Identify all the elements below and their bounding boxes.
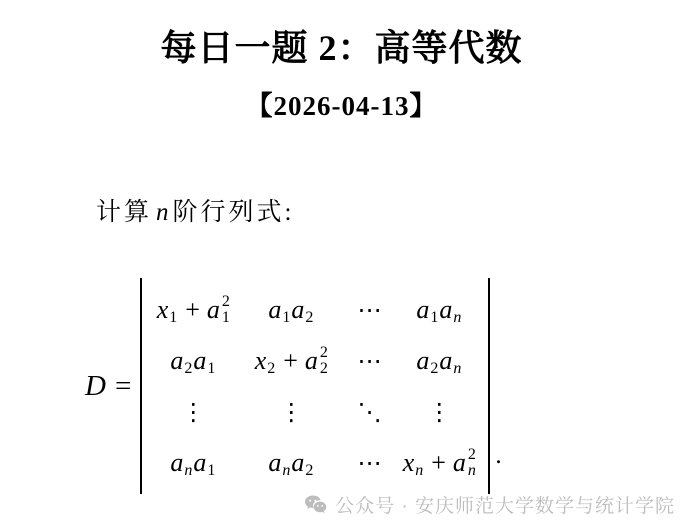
matrix-cell: a2an — [395, 335, 483, 386]
math-variable: a — [268, 295, 281, 325]
subscript: 1 — [282, 309, 290, 327]
subscript: n — [453, 309, 461, 327]
formula-lhs-symbol: D — [85, 370, 106, 402]
problem-suffix: 阶行列式: — [173, 199, 295, 226]
subscript: n — [184, 462, 192, 480]
page-title: 每日一题 2：高等代数 — [0, 20, 683, 71]
subscript: 1 — [207, 462, 215, 480]
formula-period: . — [495, 442, 501, 470]
matrix-cell: x2+a22 — [239, 335, 343, 386]
ellipsis-dots: ⋯ — [357, 298, 381, 322]
ellipsis-dots: ⋮ — [427, 400, 451, 424]
matrix-cell: ana1 — [147, 437, 239, 488]
matrix-cell: ⋮ — [147, 386, 239, 437]
watermark-footer: 公众号 · 安庆师范大学数学与统计学院 — [304, 491, 675, 518]
subscript: 2 — [305, 309, 313, 327]
ellipsis-dots: ⋱ — [357, 400, 381, 424]
matrix-cell: ⋮ — [239, 386, 343, 437]
equals-sign: = — [115, 370, 131, 402]
matrix-cell: ⋯ — [343, 284, 395, 335]
subscript: 2 — [430, 360, 438, 378]
subscript: 2 — [267, 360, 275, 378]
sub-sup-stack: 2n — [468, 447, 476, 479]
math-variable: a — [416, 346, 429, 376]
math-variable: a — [291, 295, 304, 325]
sub-sup-stack: 21 — [222, 294, 230, 326]
determinant-matrix: x1+a21a1a2⋯a1ana2a1x2+a22⋯a2an⋮⋮⋱⋮ana1an… — [140, 278, 490, 494]
math-variable: a — [193, 346, 206, 376]
math-variable: a — [439, 346, 452, 376]
matrix-cell: ⋯ — [343, 335, 395, 386]
math-variable: a — [453, 448, 466, 478]
ellipsis-dots: ⋯ — [357, 349, 381, 373]
matrix-cell: x1+a21 — [147, 284, 239, 335]
matrix-cell: ⋮ — [395, 386, 483, 437]
matrix-cell: xn+a2n — [395, 437, 483, 488]
matrix-cell: a1a2 — [239, 284, 343, 335]
plus-operator: + — [431, 448, 446, 478]
ellipsis-dots: ⋮ — [181, 400, 205, 424]
matrix-cell: ⋱ — [343, 386, 395, 437]
math-variable: a — [193, 448, 206, 478]
problem-statement: 计算n阶行列式: — [96, 192, 294, 228]
math-variable: a — [170, 346, 183, 376]
math-variable: a — [439, 295, 452, 325]
math-variable: a — [305, 346, 318, 376]
subscript: n — [282, 462, 290, 480]
math-variable: x — [255, 346, 267, 376]
matrix-cell: a2a1 — [147, 335, 239, 386]
sub-sup-stack: 22 — [320, 345, 328, 377]
subscript: 1 — [430, 309, 438, 327]
matrix-cell: ⋯ — [343, 437, 395, 488]
problem-variable-n: n — [152, 199, 173, 226]
matrix-cell: ana2 — [239, 437, 343, 488]
math-variable: a — [207, 295, 220, 325]
matrix-cell: a1an — [395, 284, 483, 335]
ellipsis-dots: ⋮ — [279, 400, 303, 424]
subscript: 2 — [305, 462, 313, 480]
ellipsis-dots: ⋯ — [357, 451, 381, 475]
math-variable: a — [170, 448, 183, 478]
plus-operator: + — [185, 295, 200, 325]
subscript: 1 — [207, 360, 215, 378]
subscript: 1 — [169, 309, 177, 327]
plus-operator: + — [283, 346, 298, 376]
determinant-formula: D= x1+a21a1a2⋯a1ana2a1x2+a22⋯a2an⋮⋮⋱⋮ana… — [85, 278, 502, 494]
watermark-text: 公众号 · 安庆师范大学数学与统计学院 — [335, 491, 675, 518]
problem-prefix: 计算 — [96, 199, 152, 226]
subscript: 2 — [184, 360, 192, 378]
wechat-icon — [304, 495, 328, 515]
math-variable: a — [416, 295, 429, 325]
math-variable: a — [268, 448, 281, 478]
math-variable: x — [403, 448, 415, 478]
document-page: 每日一题 2：高等代数 【2026-04-13】 计算n阶行列式: D= x1+… — [0, 0, 683, 524]
subscript: n — [453, 360, 461, 378]
math-variable: a — [291, 448, 304, 478]
formula-lhs: D= — [85, 370, 131, 403]
subscript: n — [415, 462, 423, 480]
date-line: 【2026-04-13】 — [0, 84, 683, 123]
math-variable: x — [157, 295, 169, 325]
